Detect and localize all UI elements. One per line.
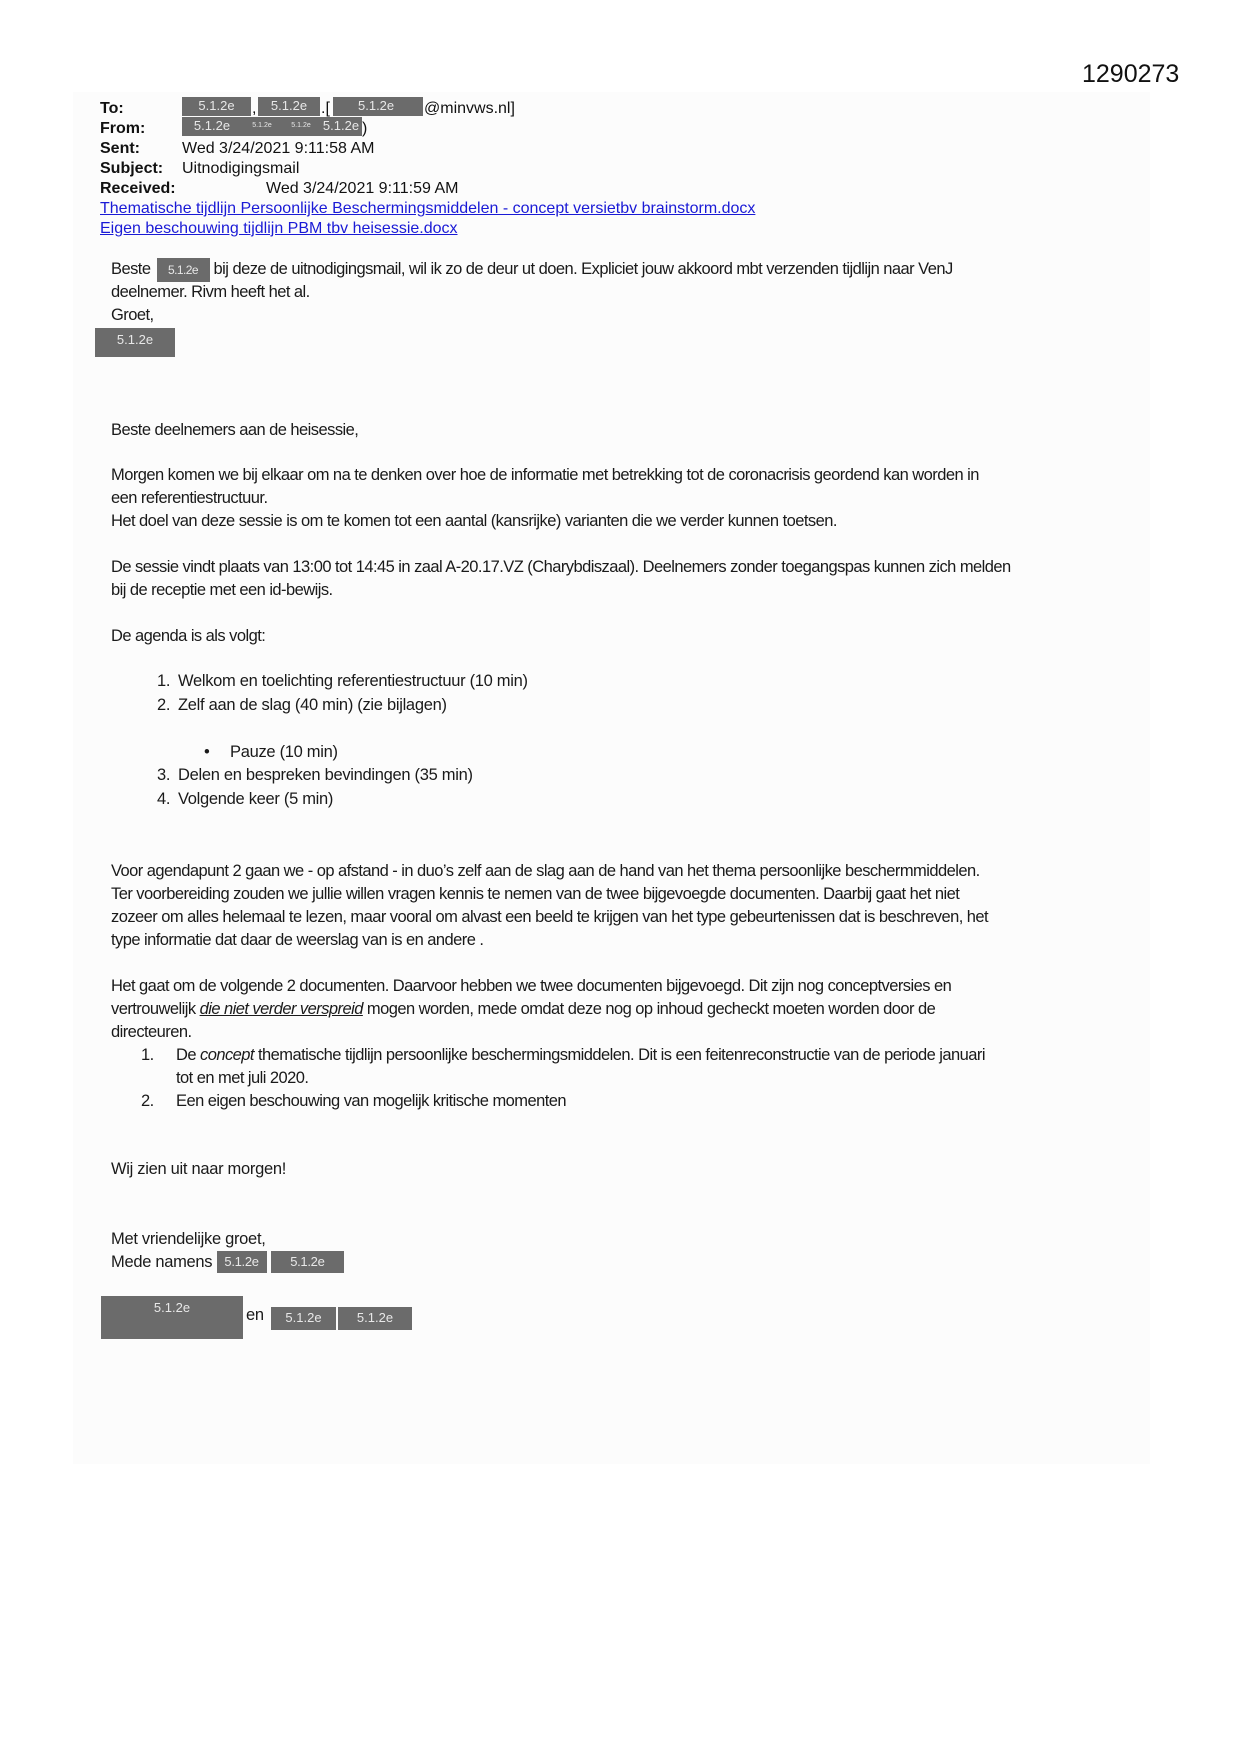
sent-label: Sent: — [100, 139, 140, 158]
received-value: Wed 3/24/2021 9:11:59 AM — [266, 179, 458, 198]
to-row: To: 5.1.2e , 5.1.2e .[ 5.1.2e @minvws.nl… — [100, 99, 124, 118]
item-number: 4. — [157, 788, 170, 812]
item-number: 1. — [141, 1046, 154, 1064]
redaction-box: 5.1.2e — [217, 1251, 267, 1273]
redaction-box: 5.1.2e — [101, 1296, 243, 1339]
greeting: Beste — [111, 260, 150, 278]
agenda-item: 4. Volgende keer (5 min) — [157, 788, 757, 812]
text: vertrouwelijk — [111, 1000, 200, 1018]
forward-note-closing: Groet, — [111, 304, 154, 328]
paragraph-line: Morgen komen we bij elkaar om na te denk… — [111, 464, 979, 488]
forward-note-text: bij deze de uitnodigingsmail, wil ik zo … — [214, 260, 953, 278]
agenda-intro: De agenda is als volgt: — [111, 625, 265, 649]
sent-row: Sent: Wed 3/24/2021 9:11:58 AM — [100, 139, 140, 158]
agenda-item: 2. Zelf aan de slag (40 min) (zie bijlag… — [157, 694, 757, 741]
paragraph-line: directeuren. — [111, 1021, 192, 1045]
agenda-item: 1. Welkom en toelichting referentiestruc… — [157, 670, 757, 694]
paragraph-line: type informatie dat daar de weerslag van… — [111, 929, 483, 953]
redaction-box: 5.1.2e — [271, 1251, 344, 1273]
attachment-link-text[interactable]: Eigen beschouwing tijdlijn PBM tbv heise… — [100, 220, 458, 237]
attachment-link[interactable]: Thematische tijdlijn Persoonlijke Besche… — [100, 199, 755, 218]
paragraph-line: De sessie vindt plaats van 13:00 tot 14:… — [111, 556, 1011, 580]
agenda-item: 3. Delen en bespreken bevindingen (35 mi… — [157, 764, 757, 788]
item-number: 2. — [141, 1092, 154, 1110]
salutation: Beste deelnemers aan de heisessie, — [111, 419, 358, 443]
redaction-box: 5.1.2e — [242, 117, 282, 136]
text: en — [246, 1304, 264, 1328]
from-row: From: 5.1.2e 5.1.2e 5.1.2e 5.1.2e ) — [100, 119, 145, 138]
bullet-icon: • — [204, 741, 209, 765]
to-domain: @minvws.nl] — [424, 99, 515, 118]
item-text: Volgende keer (5 min) — [178, 788, 333, 812]
item-text: Zelf aan de slag (40 min) (zie bijlagen) — [178, 694, 447, 718]
paragraph-line: bij de receptie met een id-bewijs. — [111, 579, 333, 603]
paragraph-line: een referentiestructuur. — [111, 487, 267, 511]
redaction-box: 5.1.2e — [338, 1307, 412, 1330]
paragraph-line: vertrouwelijk die niet verder verspreid … — [111, 998, 935, 1022]
redaction-box: 5.1.2e — [333, 97, 423, 116]
received-row: Received: Wed 3/24/2021 9:11:59 AM — [100, 179, 176, 198]
item-text: Pauze (10 min) — [230, 741, 338, 765]
signature-redaction: 5.1.2e — [95, 328, 175, 357]
attachment-link-text[interactable]: Thematische tijdlijn Persoonlijke Besche… — [100, 200, 755, 217]
emphasis-text: concept — [200, 1046, 254, 1064]
received-label: Received: — [100, 179, 176, 198]
text: mogen worden, mede omdat deze nog op inh… — [363, 1000, 935, 1018]
text: Mede namens — [111, 1253, 212, 1271]
closing-line: Wij zien uit naar morgen! — [111, 1158, 286, 1182]
closing-line: Met vriendelijke groet, — [111, 1228, 266, 1252]
subject-value: Uitnodigingsmail — [182, 159, 299, 178]
text: Een eigen beschouwing van mogelijk kriti… — [176, 1090, 566, 1114]
item-number: 1. — [157, 670, 170, 694]
item-number: 3. — [157, 764, 170, 788]
paragraph-line: Het doel van deze sessie is om te komen … — [111, 510, 837, 534]
sent-value: Wed 3/24/2021 9:11:58 AM — [182, 139, 374, 158]
attachment-link[interactable]: Eigen beschouwing tijdlijn PBM tbv heise… — [100, 219, 458, 238]
subject-row: Subject: Uitnodigingsmail — [100, 159, 163, 178]
redaction-box: 5.1.2e — [271, 1307, 336, 1330]
redaction-box: 5.1.2e — [258, 97, 320, 116]
redaction-box: 5.1.2e — [282, 117, 320, 136]
redaction-box: 5.1.2e — [320, 117, 362, 136]
forward-note-line2: deelnemer. Rivm heeft het al. — [111, 281, 310, 305]
agenda-list: 1. Welkom en toelichting referentiestruc… — [157, 670, 757, 811]
item-text: Delen en bespreken bevindingen (35 min) — [178, 764, 473, 788]
redaction-box: 5.1.2e — [157, 258, 210, 282]
to-label: To: — [100, 99, 124, 118]
co-signers-line: Mede namens 5.1.2e 5.1.2e — [111, 1251, 344, 1275]
item-text: Welkom en toelichting referentiestructuu… — [178, 670, 528, 694]
document-list-item: 1. De concept thematische tijdlijn perso… — [141, 1044, 154, 1068]
paragraph-line: Ter voorbereiding zouden we jullie wille… — [111, 883, 959, 907]
agenda-item: • Pauze (10 min) — [157, 741, 757, 765]
paragraph-line: Voor agendapunt 2 gaan we - op afstand -… — [111, 860, 980, 884]
subject-label: Subject: — [100, 159, 163, 178]
separator: .[ — [321, 99, 330, 118]
separator: , — [252, 99, 256, 118]
document-list-item-continued: tot en met juli 2020. — [176, 1067, 308, 1091]
redaction-box: 5.1.2e — [182, 117, 242, 136]
forward-note-line1: Beste 5.1.2e bij deze de uitnodigingsmai… — [111, 258, 953, 282]
text: thematische tijdlijn persoonlijke besche… — [254, 1046, 985, 1064]
paragraph-line: Het gaat om de volgende 2 documenten. Da… — [111, 975, 951, 999]
text: De — [176, 1046, 200, 1064]
emphasis-text: die niet verder verspreid — [200, 1000, 363, 1018]
bracket: ) — [362, 119, 367, 138]
item-number: 2. — [157, 694, 170, 718]
redaction-box: 5.1.2e — [182, 97, 251, 116]
paragraph-line: zozeer om alles helemaal te lezen, maar … — [111, 906, 988, 930]
document-number: 1290273 — [1082, 60, 1179, 89]
document-list-item: 2. Een eigen beschouwing van mogelijk kr… — [141, 1090, 154, 1114]
from-label: From: — [100, 119, 145, 138]
